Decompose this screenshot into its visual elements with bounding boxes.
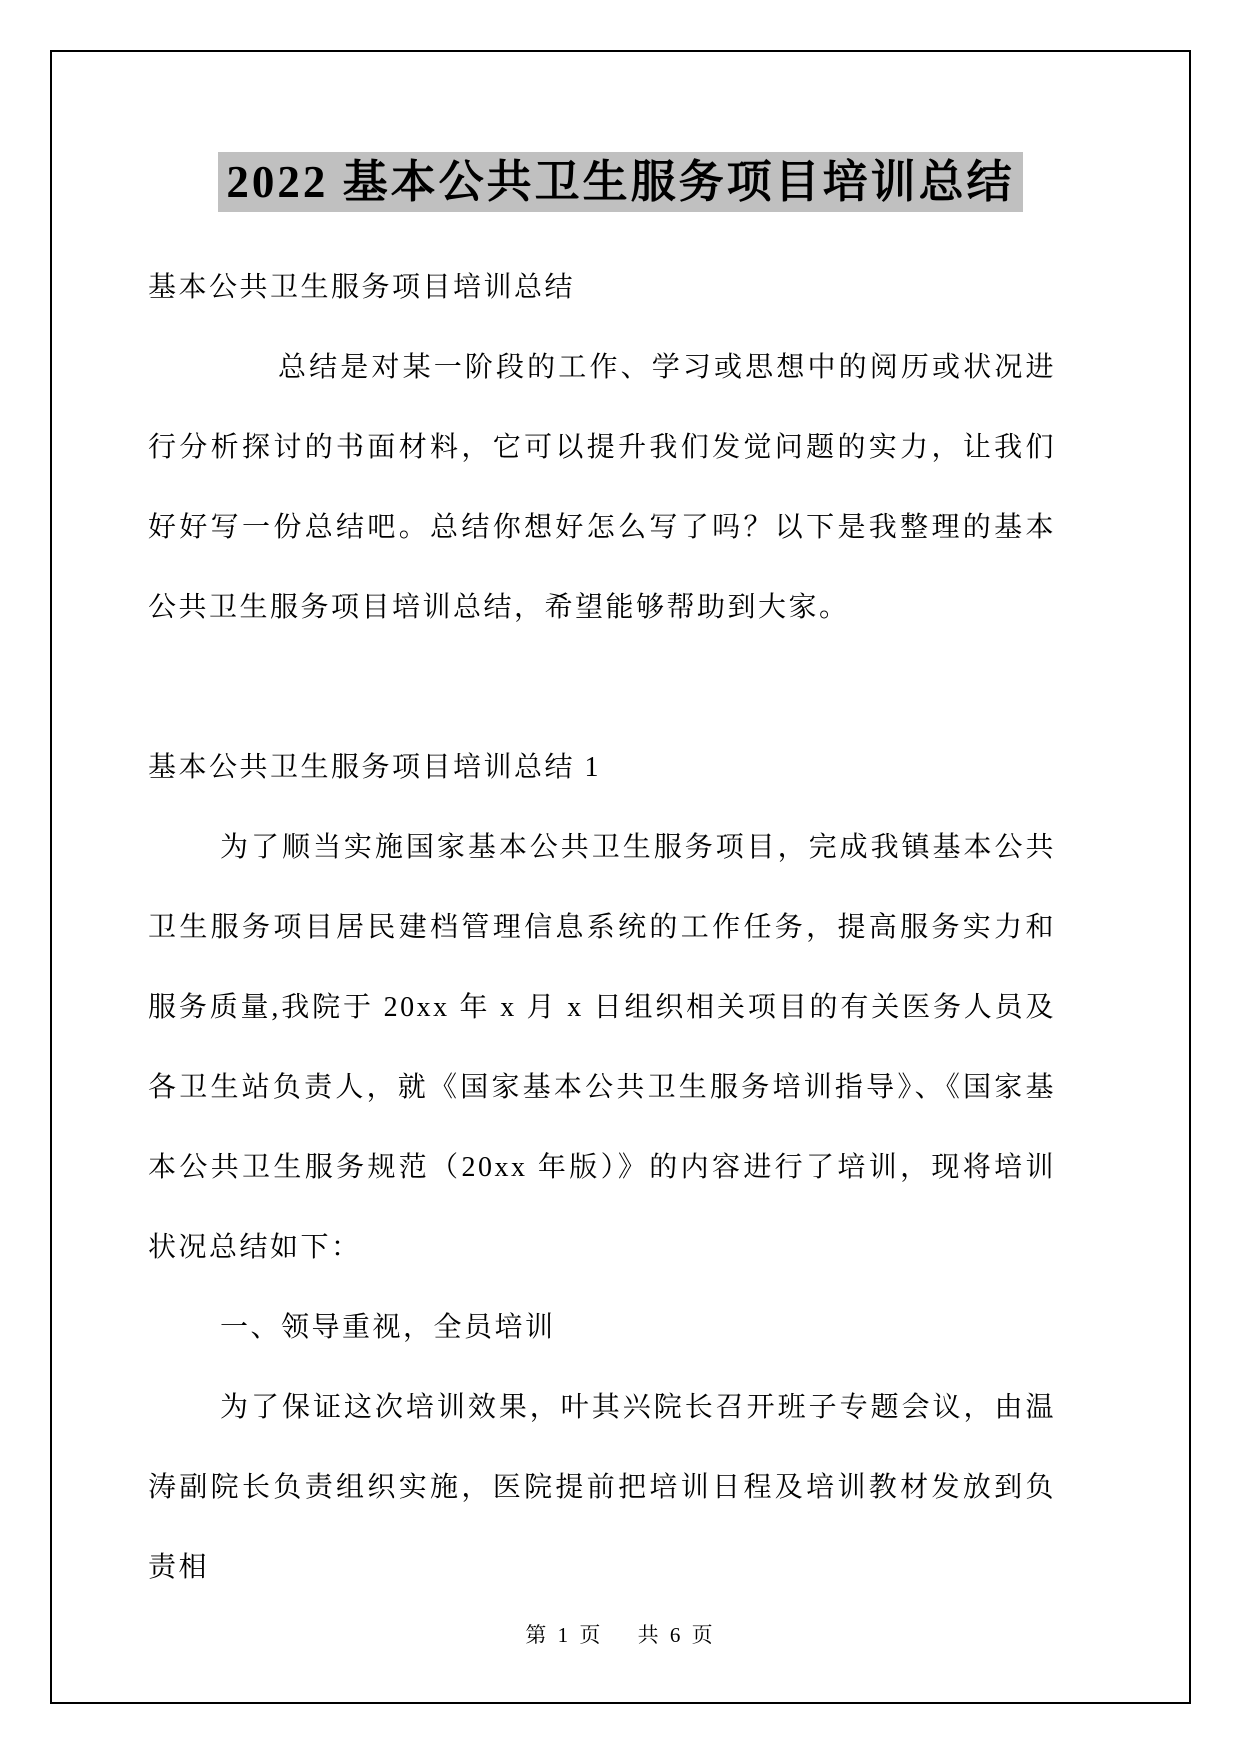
page-footer: 第 1 页 共 6 页 — [0, 1620, 1241, 1650]
body-paragraph-purpose: 为了顺当实施国家基本公共卫生服务项目，完成我镇基本公共卫生服务项目居民建档管理信… — [148, 808, 1056, 1288]
blank-line — [148, 648, 1056, 728]
body-paragraph-heading: 基本公共卫生服务项目培训总结 — [148, 248, 1056, 328]
body-paragraph-details: 为了保证这次培训效果，叶其兴院长召开班子专题会议，由温涛副院长负责组织实施，医院… — [148, 1368, 1056, 1608]
document-title: 2022 基本公共卫生服务项目培训总结 — [218, 152, 1022, 212]
document-body: 基本公共卫生服务项目培训总结 总结是对某一阶段的工作、学习或思想中的阅历或状况进… — [148, 248, 1056, 1608]
document-page: 2022 基本公共卫生服务项目培训总结 基本公共卫生服务项目培训总结 总结是对某… — [0, 0, 1241, 1754]
title-row: 2022 基本公共卫生服务项目培训总结 — [0, 152, 1241, 212]
body-paragraph-subheading: 一、领导重视，全员培训 — [148, 1288, 1056, 1368]
footer-page-total: 共 6 页 — [638, 1620, 716, 1650]
body-paragraph-intro: 总结是对某一阶段的工作、学习或思想中的阅历或状况进行分析探讨的书面材料，它可以提… — [148, 328, 1056, 648]
body-paragraph-section-heading: 基本公共卫生服务项目培训总结 1 — [148, 728, 1056, 808]
footer-page-number: 第 1 页 — [525, 1620, 603, 1650]
